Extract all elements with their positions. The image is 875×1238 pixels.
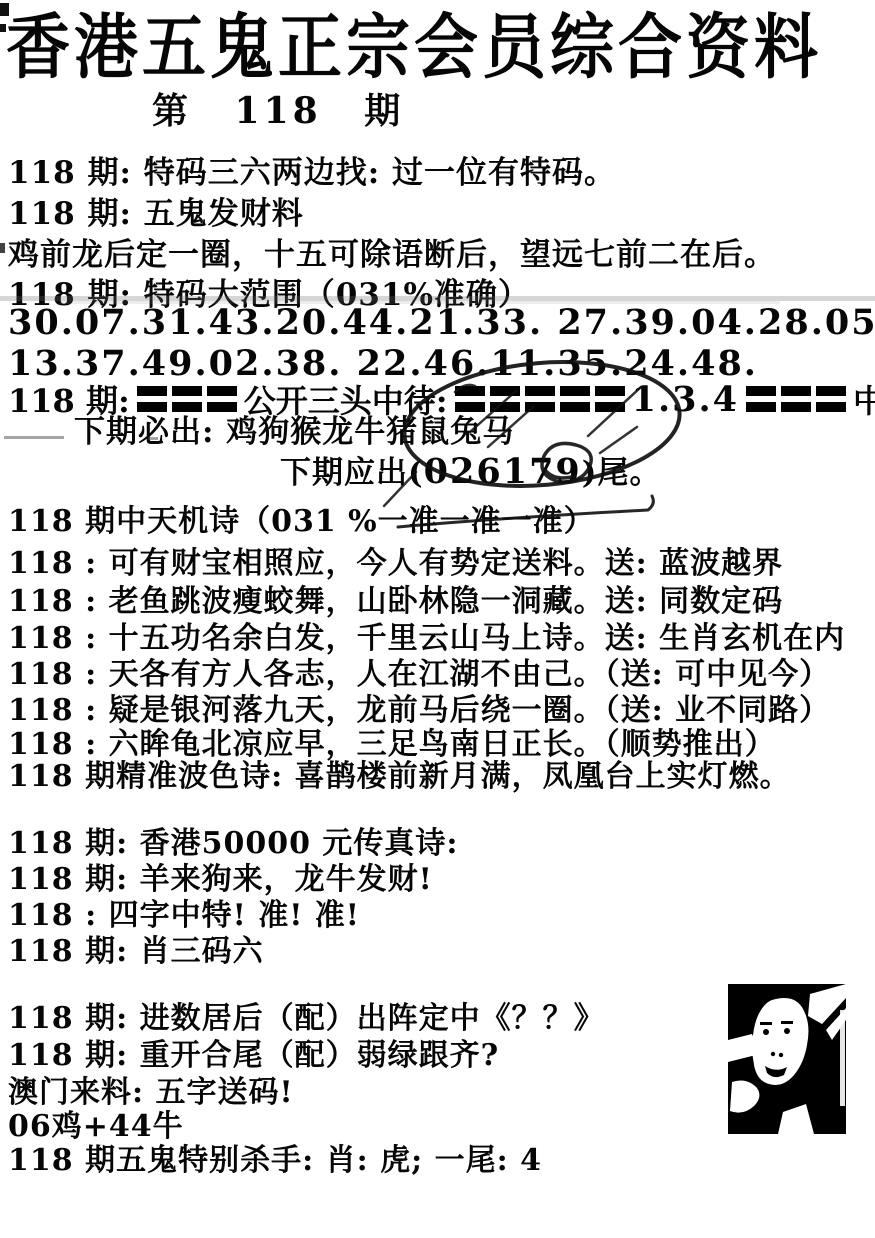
next-should-numbers: 026179 — [424, 451, 582, 492]
member-photo — [728, 984, 846, 1134]
next-must-line: 下期必出: 鸡狗猴龙牛猪鼠兔马 — [74, 415, 514, 449]
fax-line-3: 118 : 四字中特! 准! 准! — [8, 899, 360, 932]
redacted-blocks-mid — [455, 386, 625, 412]
tip-line-2: 118 期: 五鬼发财料 — [8, 197, 304, 231]
fax-line-4: 118 期: 肖三码六 — [8, 935, 264, 968]
redacted-block — [525, 386, 555, 412]
redacted-block — [137, 386, 167, 412]
poem-line-3: 118 : 十五功名余白发，千里云山马上诗。送: 生肖玄机在内 — [8, 622, 845, 655]
three-heads-numbers: 1.3.4 — [632, 379, 739, 420]
redacted-block — [490, 386, 520, 412]
poem-line-7: 118 期精准波色诗: 喜鹊楼前新月满，凤凰台上实灯燃。 — [8, 760, 791, 793]
poem-header: 118 期中天机诗（031 %一准一准一准） — [8, 505, 595, 538]
redacted-block — [207, 386, 237, 412]
redacted-blocks-left — [137, 386, 237, 412]
fax-line-1: 118 期: 香港50000 元传真诗: — [8, 827, 458, 860]
bottom-line-2: 118 期: 重开合尾（配）弱绿跟齐? — [8, 1039, 499, 1072]
next-should-pre: 下期应出( — [280, 455, 424, 491]
tip-line-1: 118 期: 特码三六两边找: 过一位有特码。 — [8, 156, 616, 190]
poem-line-4: 118 : 天各有方人各志，人在江湖不由己。（送: 可中见今） — [8, 658, 830, 691]
three-heads-suffix: 中 — [853, 376, 875, 422]
tip-line-3: 鸡前龙后定一圈，十五可除语断后，望远七前二在后。 — [8, 238, 776, 272]
redacted-block — [172, 386, 202, 412]
redacted-block — [455, 386, 485, 412]
poem-line-1: 118 : 可有财宝相照应，今人有势定送料。送: 蓝波越界 — [8, 547, 783, 580]
poem-line-5: 118 : 疑是银河落九天，龙前马后绕一圈。（送: 业不同路） — [8, 694, 830, 727]
redacted-block — [560, 386, 590, 412]
bottom-line-4: 06鸡+44牛 — [8, 1110, 184, 1143]
poem-line-2: 118 : 老鱼跳波瘦蛟舞，山卧林隐一洞藏。送: 同数定码 — [8, 585, 783, 618]
poem-line-6: 118 : 六眸龟北凉应早，三足鸟南日正长。（顺势推出） — [8, 728, 776, 761]
redacted-block — [595, 386, 625, 412]
issue-number: 第 118 期 — [152, 92, 404, 132]
next-should-post: )尾。 — [582, 455, 662, 491]
bottom-line-1: 118 期: 进数居后（配）出阵定中《？？》 — [8, 1002, 605, 1035]
redacted-block — [746, 386, 776, 412]
special-numbers-row-1: 30.07.31.43.20.44.21.33. 27.39.04.28.05.… — [8, 304, 875, 343]
fax-line-2: 118 期: 羊来狗来，龙牛发财! — [8, 863, 433, 896]
bottom-line-3: 澳门来料: 五字送码! — [8, 1076, 294, 1109]
next-should-line: 下期应出(026179)尾。 — [280, 453, 661, 492]
bottom-line-5: 118 期五鬼特别杀手: 肖: 虎; 一尾: 4 — [8, 1144, 542, 1177]
redacted-blocks-right — [746, 386, 846, 412]
lottery-tip-sheet: 香港五鬼正宗会员综合资料 第 118 期 118 期: 特码三六两边找: 过一位… — [0, 0, 875, 1238]
redacted-block — [816, 386, 846, 412]
page-title: 香港五鬼正宗会员综合资料 — [6, 10, 822, 87]
redacted-block — [781, 386, 811, 412]
